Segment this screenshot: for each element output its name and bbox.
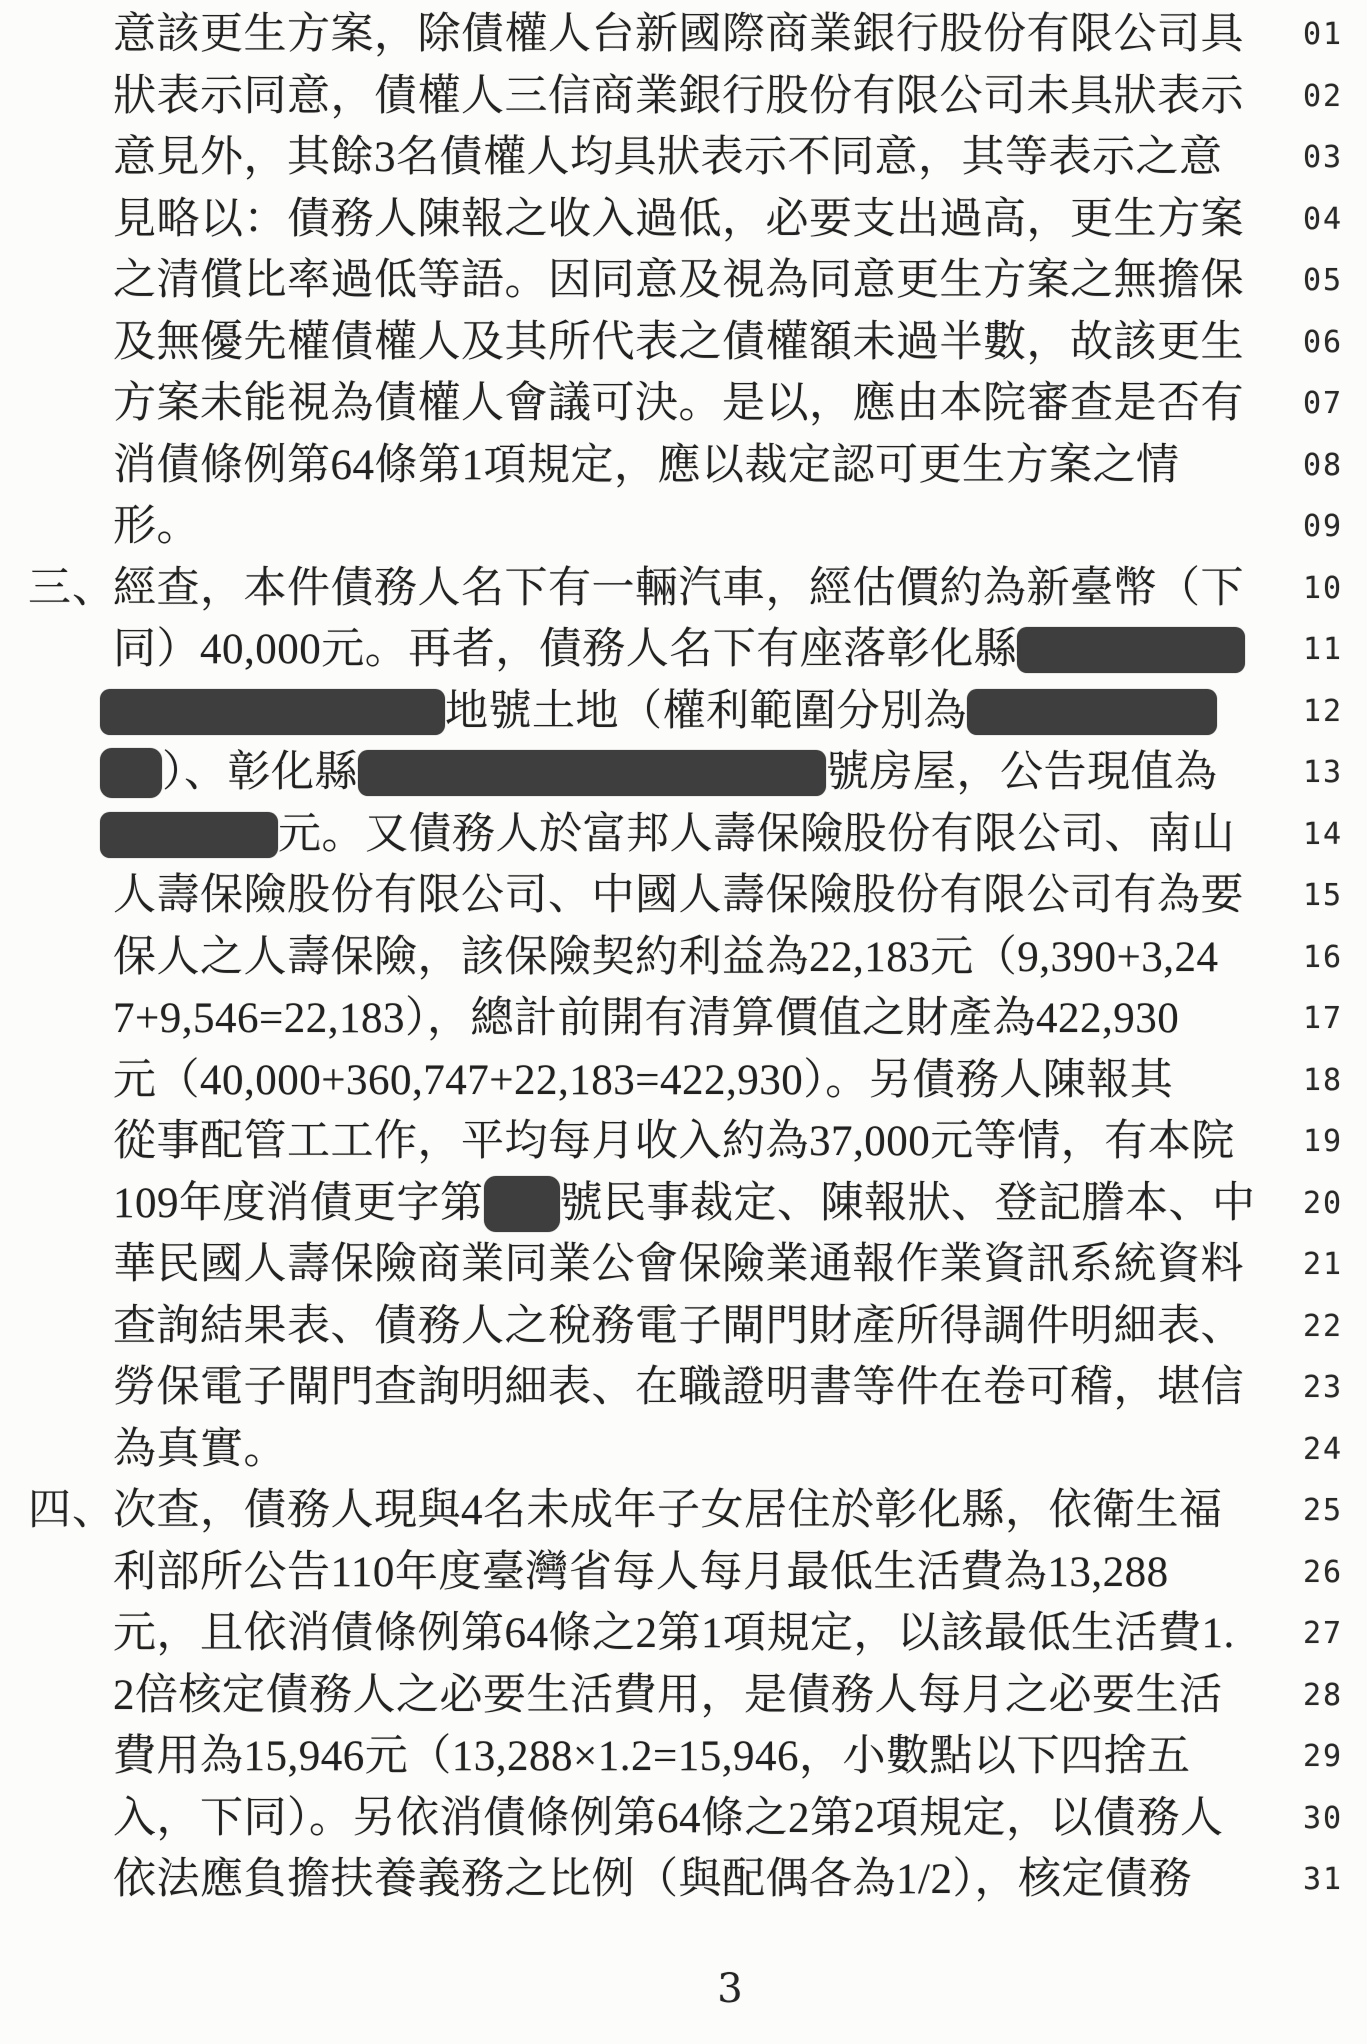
text-segment: 費用為15,946元（13,288×1.2=15,946，小數點以下四捨五	[113, 1733, 1191, 1780]
text-segment: 形。	[113, 503, 200, 550]
text-line: 元。又債務人於富邦人壽保險股份有限公司、南山14	[0, 804, 1367, 866]
text-line: 見略以：債務人陳報之收入過低，必要支出過高，更生方案04	[0, 189, 1367, 251]
text-line: 7+9,546=22,183），總計前開有清算價值之財產為422,93017	[0, 988, 1367, 1050]
text-line: 保人之人壽保險，該保險契約利益為22,183元（9,390+3,2416	[0, 927, 1367, 989]
text-line: 三、經查，本件債務人名下有一輛汽車，經估價約為新臺幣（下10	[0, 558, 1367, 620]
text-segment: 為真實。	[113, 1426, 287, 1473]
line-number: 02	[1303, 66, 1343, 128]
line-number: 21	[1303, 1234, 1343, 1296]
text-segment: 保人之人壽保險，該保險契約利益為22,183元（9,390+3,24	[113, 934, 1219, 981]
text-segment: 意見外，其餘3名債權人均具狀表示不同意，其等表示之意	[113, 134, 1223, 181]
text-line: 意見外，其餘3名債權人均具狀表示不同意，其等表示之意03	[0, 127, 1367, 189]
redaction-bar	[358, 750, 826, 796]
line-number: 05	[1303, 250, 1343, 312]
redaction-bar	[484, 1176, 560, 1232]
text-segment: ）、彰化縣	[162, 749, 358, 796]
text-line: 利部所公告110年度臺灣省每人每月最低生活費為13,28826	[0, 1542, 1367, 1604]
text-segment: 華民國人壽保險商業同業公會保險業通報作業資訊系統資料	[113, 1241, 1244, 1288]
line-number: 26	[1303, 1542, 1343, 1604]
text-segment: 次查，債務人現與4名未成年子女居住於彰化縣，依衛生福	[113, 1487, 1223, 1534]
text-line: 勞保電子閘門查詢明細表、在職證明書等件在卷可稽，堪信23	[0, 1357, 1367, 1419]
text-segment: 消債條例第64條第1項規定，應以裁定認可更生方案之情	[113, 442, 1180, 489]
text-line: 查詢結果表、債務人之稅務電子閘門財產所得調件明細表、22	[0, 1296, 1367, 1358]
text-segment: 及無優先權債權人及其所代表之債權額未過半數，故該更生	[113, 319, 1244, 366]
line-number: 10	[1303, 558, 1343, 620]
text-line: 華民國人壽保險商業同業公會保險業通報作業資訊系統資料21	[0, 1234, 1367, 1296]
text-segment: 同）40,000元。再者，債務人名下有座落彰化縣	[113, 626, 1017, 673]
text-line: 同）40,000元。再者，債務人名下有座落彰化縣11	[0, 619, 1367, 681]
text-segment: 109年度消債更字第	[113, 1180, 484, 1227]
text-segment: 查詢結果表、債務人之稅務電子閘門財產所得調件明細表、	[113, 1303, 1244, 1350]
text-line: 狀表示同意，債權人三信商業銀行股份有限公司未具狀表示02	[0, 66, 1367, 128]
text-line: 元，且依消債條例第64條之2第1項規定，以該最低生活費1.27	[0, 1603, 1367, 1665]
line-number: 15	[1303, 865, 1343, 927]
line-number: 25	[1303, 1480, 1343, 1542]
scanned-court-document-page: 意該更生方案，除債權人台新國際商業銀行股份有限公司具01狀表示同意，債權人三信商…	[0, 0, 1367, 2044]
text-line: 依法應負擔扶養義務之比例（與配偶各為1/2），核定債務31	[0, 1849, 1367, 1911]
line-number: 01	[1303, 4, 1343, 66]
redaction-bar	[967, 689, 1217, 735]
text-segment: 入，下同）。另依消債條例第64條之2第2項規定，以債務人	[113, 1795, 1224, 1842]
text-segment: 見略以：債務人陳報之收入過低，必要支出過高，更生方案	[113, 196, 1244, 243]
text-segment: 依法應負擔扶養義務之比例（與配偶各為1/2），核定債務	[113, 1856, 1192, 1903]
line-number: 06	[1303, 312, 1343, 374]
text-line: 意該更生方案，除債權人台新國際商業銀行股份有限公司具01	[0, 4, 1367, 66]
text-segment: 勞保電子閘門查詢明細表、在職證明書等件在卷可稽，堪信	[113, 1364, 1244, 1411]
text-segment: 經查，本件債務人名下有一輛汽車，經估價約為新臺幣（下	[113, 565, 1244, 612]
line-number: 14	[1303, 804, 1343, 866]
line-number: 09	[1303, 496, 1343, 558]
line-number: 24	[1303, 1419, 1343, 1481]
redaction-bar	[100, 689, 445, 735]
text-line: 方案未能視為債權人會議可決。是以，應由本院審查是否有07	[0, 373, 1367, 435]
text-segment: 號房屋，公告現值為	[826, 749, 1218, 796]
line-number: 16	[1303, 927, 1343, 989]
page-number: 3	[690, 1966, 770, 2012]
line-number: 20	[1303, 1173, 1343, 1235]
text-line: 人壽保險股份有限公司、中國人壽保險股份有限公司有為要15	[0, 865, 1367, 927]
text-line: 地號土地（權利範圍分別為12	[0, 681, 1367, 743]
line-number: 23	[1303, 1357, 1343, 1419]
redaction-bar	[100, 748, 162, 798]
line-number: 13	[1303, 742, 1343, 804]
text-line: 2倍核定債務人之必要生活費用，是債務人每月之必要生活28	[0, 1665, 1367, 1727]
text-line: ）、彰化縣號房屋，公告現值為13	[0, 742, 1367, 804]
text-segment: 狀表示同意，債權人三信商業銀行股份有限公司未具狀表示	[113, 73, 1244, 120]
line-number: 29	[1303, 1726, 1343, 1788]
line-number: 30	[1303, 1788, 1343, 1850]
text-line: 從事配管工工作，平均每月收入約為37,000元等情，有本院19	[0, 1111, 1367, 1173]
text-line: 消債條例第64條第1項規定，應以裁定認可更生方案之情08	[0, 435, 1367, 497]
text-line: 為真實。24	[0, 1419, 1367, 1481]
list-item-marker: 三、	[28, 558, 113, 620]
line-number: 18	[1303, 1050, 1343, 1112]
text-segment: 利部所公告110年度臺灣省每人每月最低生活費為13,288	[113, 1549, 1169, 1596]
text-line: 四、次查，債務人現與4名未成年子女居住於彰化縣，依衛生福25	[0, 1480, 1367, 1542]
line-number: 12	[1303, 681, 1343, 743]
text-segment: 之清償比率過低等語。因同意及視為同意更生方案之無擔保	[113, 257, 1244, 304]
line-number: 27	[1303, 1603, 1343, 1665]
line-number: 22	[1303, 1296, 1343, 1358]
text-line: 及無優先權債權人及其所代表之債權額未過半數，故該更生06	[0, 312, 1367, 374]
text-segment: 2倍核定債務人之必要生活費用，是債務人每月之必要生活	[113, 1672, 1223, 1719]
text-line: 費用為15,946元（13,288×1.2=15,946，小數點以下四捨五29	[0, 1726, 1367, 1788]
text-line: 元（40,000+360,747+22,183=422,930）。另債務人陳報其…	[0, 1050, 1367, 1112]
text-segment: 7+9,546=22,183），總計前開有清算價值之財產為422,930	[113, 995, 1179, 1042]
text-line: 入，下同）。另依消債條例第64條之2第2項規定，以債務人30	[0, 1788, 1367, 1850]
line-number: 31	[1303, 1849, 1343, 1911]
line-number: 11	[1303, 619, 1343, 681]
text-line: 之清償比率過低等語。因同意及視為同意更生方案之無擔保05	[0, 250, 1367, 312]
redaction-bar	[1017, 627, 1245, 673]
text-segment: 號民事裁定、陳報狀、登記謄本、中	[560, 1180, 1256, 1227]
text-line: 形。09	[0, 496, 1367, 558]
text-segment: 元（40,000+360,747+22,183=422,930）。另債務人陳報其	[113, 1057, 1173, 1104]
text-segment: 地號土地（權利範圍分別為	[445, 688, 967, 735]
text-segment: 人壽保險股份有限公司、中國人壽保險股份有限公司有為要	[113, 872, 1244, 919]
text-segment: 意該更生方案，除債權人台新國際商業銀行股份有限公司具	[113, 11, 1244, 58]
text-segment: 元，且依消債條例第64條之2第1項規定，以該最低生活費1.	[113, 1610, 1235, 1657]
text-line: 109年度消債更字第號民事裁定、陳報狀、登記謄本、中20	[0, 1173, 1367, 1235]
text-segment: 方案未能視為債權人會議可決。是以，應由本院審查是否有	[113, 380, 1244, 427]
line-number: 19	[1303, 1111, 1343, 1173]
line-number: 28	[1303, 1665, 1343, 1727]
line-number: 07	[1303, 373, 1343, 435]
list-item-marker: 四、	[28, 1480, 113, 1542]
line-number: 17	[1303, 988, 1343, 1050]
line-number: 08	[1303, 435, 1343, 497]
line-number: 04	[1303, 189, 1343, 251]
text-segment: 從事配管工工作，平均每月收入約為37,000元等情，有本院	[113, 1118, 1235, 1165]
line-number: 03	[1303, 127, 1343, 189]
text-segment: 元。又債務人於富邦人壽保險股份有限公司、南山	[278, 811, 1235, 858]
redaction-bar	[100, 812, 278, 858]
